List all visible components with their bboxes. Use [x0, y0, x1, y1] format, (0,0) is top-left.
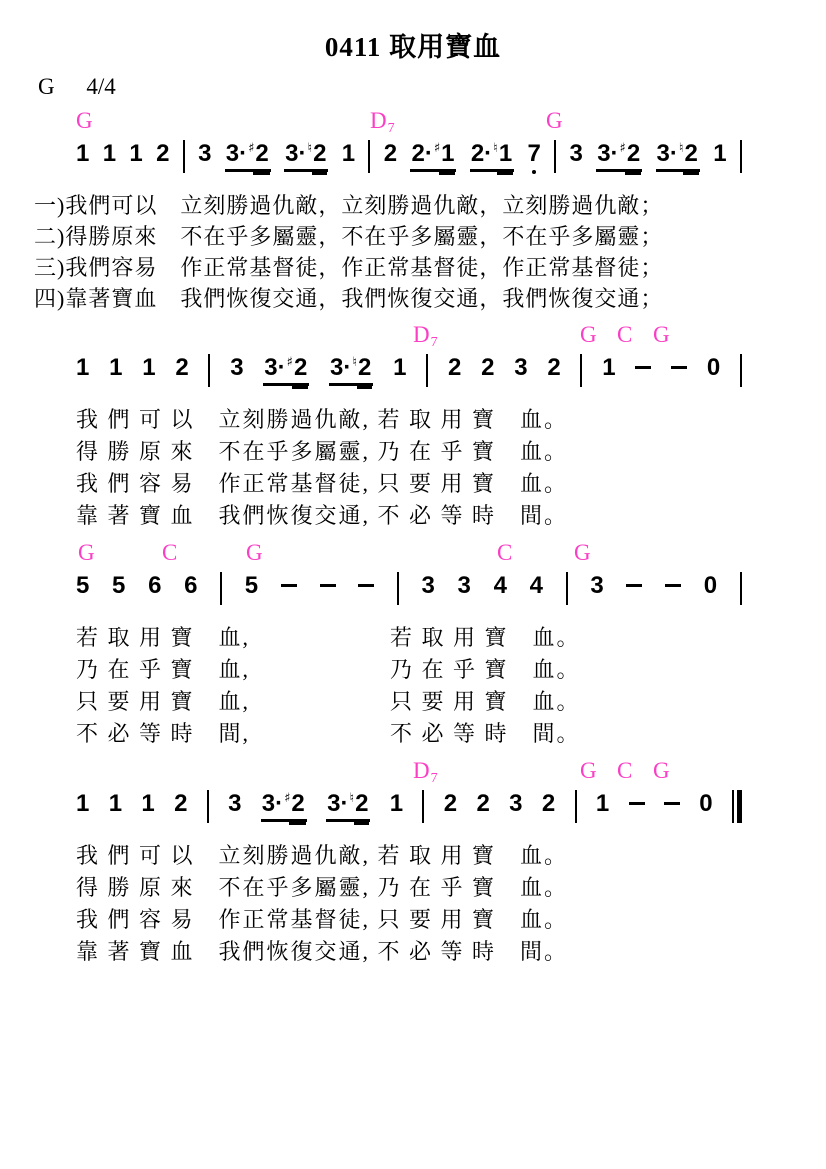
note: 3 — [422, 572, 435, 599]
note: 2 — [547, 354, 560, 381]
sixteenth-note: 2 — [685, 140, 698, 167]
dotted-note: 2· — [411, 140, 432, 167]
sharp-icon: ♯ — [434, 142, 440, 155]
chord-symbol: C — [497, 540, 512, 566]
lyric-line: 只 要 用 寶 血,只 要 用 寶 血。 — [76, 686, 826, 718]
lyric-line: 二)得勝原來 不在乎多屬靈，不在乎多屬靈，不在乎多屬靈； — [34, 221, 826, 252]
note: 2 — [384, 140, 397, 167]
dotted-note: 3· — [264, 354, 285, 381]
lyric-left: 靠 著 寶 血 我們恢復交通, 不 必 等 時 間。 — [76, 939, 568, 964]
chord-symbol: G — [580, 322, 597, 348]
low-octave-note: 7 — [528, 140, 541, 167]
time-signature: 4/4 — [86, 74, 115, 99]
lyric-left: 不 必 等 時 間, — [76, 721, 250, 746]
chord-symbol: C — [617, 758, 632, 784]
duration-dash — [629, 802, 645, 805]
lyric-line: 三)我們容易 作正常基督徒，作正常基督徒，作正常基督徒； — [34, 252, 826, 283]
dotted-note: 3· — [262, 790, 283, 817]
note: 1 — [602, 354, 615, 381]
chord-symbol: D7 — [413, 758, 437, 788]
note: 2 — [174, 790, 187, 817]
lyrics-block: 我 們 可 以 立刻勝過仇敵, 若 取 用 寶 血。得 勝 原 來 不在乎多屬靈… — [0, 840, 826, 968]
natural-icon: ♮ — [679, 142, 684, 155]
duration-dash — [358, 584, 374, 587]
duration-dash — [320, 584, 336, 587]
duration-dash — [665, 584, 681, 587]
barline — [207, 790, 209, 823]
barline — [368, 140, 370, 173]
lyric-left: 一)我們可以 立刻勝過仇敵，立刻勝過仇敵，立刻勝過仇敵； — [34, 193, 663, 218]
chord-row: GD7G — [0, 108, 826, 134]
lyric-right: 只 要 用 寶 血。 — [390, 686, 581, 718]
lyric-left: 我 們 可 以 立刻勝過仇敵, 若 取 用 寶 血。 — [76, 843, 568, 868]
note: 3 — [230, 354, 243, 381]
system-4: D7GCG111233·♯23·♮21223210我 們 可 以 立刻勝過仇敵,… — [0, 758, 826, 968]
chord-seventh: 7 — [388, 121, 395, 136]
notation-row: 111233·♯23·♮21223210 — [76, 790, 742, 834]
lyric-left: 我 們 可 以 立刻勝過仇敵, 若 取 用 寶 血。 — [76, 407, 568, 432]
note: 1 — [109, 354, 122, 381]
chord-row: GCGCG — [0, 540, 826, 566]
note: 1 — [342, 140, 355, 167]
dotted-note: 3· — [285, 140, 306, 167]
lyric-left: 若 取 用 寶 血, — [76, 625, 250, 650]
note: 1 — [596, 790, 609, 817]
note: 3 — [514, 354, 527, 381]
dotted-note: 3· — [597, 140, 618, 167]
lyric-line: 不 必 等 時 間,不 必 等 時 間。 — [76, 718, 826, 750]
barline — [740, 140, 742, 173]
note-group: 3·♯2 — [225, 140, 271, 172]
notation-row: 55665334430 — [76, 572, 742, 616]
chord-row: D7GCG — [0, 758, 826, 784]
lyric-left: 乃 在 乎 寶 血, — [76, 657, 250, 682]
natural-icon: ♮ — [493, 142, 498, 155]
duration-dash — [671, 366, 687, 369]
barline — [183, 140, 185, 173]
rest-note: 0 — [707, 354, 720, 381]
lyric-left: 只 要 用 寶 血, — [76, 689, 250, 714]
sharp-icon: ♯ — [248, 142, 254, 155]
barline — [426, 354, 428, 387]
chord-row: D7GCG — [0, 322, 826, 348]
barline — [740, 354, 742, 387]
note: 1 — [393, 354, 406, 381]
notation-row: 111233·♯23·♮2122·♯12·♮1733·♯23·♮21 — [76, 140, 742, 184]
system-3: GCGCG55665334430若 取 用 寶 血,若 取 用 寶 血。乃 在 … — [0, 540, 826, 750]
lyric-right: 乃 在 乎 寶 血。 — [390, 654, 581, 686]
note: 4 — [530, 572, 543, 599]
duration-dash — [635, 366, 651, 369]
chord-symbol: G — [653, 758, 670, 784]
note: 6 — [184, 572, 197, 599]
note: 2 — [444, 790, 457, 817]
rest-note: 0 — [704, 572, 717, 599]
note: 4 — [494, 572, 507, 599]
barline — [554, 140, 556, 173]
note: 1 — [109, 790, 122, 817]
chord-symbol: G — [78, 540, 95, 566]
lyric-line: 乃 在 乎 寶 血,乃 在 乎 寶 血。 — [76, 654, 826, 686]
chord-symbol: G — [246, 540, 263, 566]
chord-symbol: G — [653, 322, 670, 348]
note-group: 3·♯2 — [263, 354, 309, 386]
sixteenth-note: 2 — [355, 790, 368, 817]
lyric-line: 一)我們可以 立刻勝過仇敵，立刻勝過仇敵，立刻勝過仇敵； — [34, 190, 826, 221]
dotted-note: 3· — [330, 354, 351, 381]
lyric-line: 我 們 可 以 立刻勝過仇敵, 若 取 用 寶 血。 — [76, 404, 826, 436]
barline — [566, 572, 568, 605]
note: 3 — [509, 790, 522, 817]
barline — [740, 572, 742, 605]
notation-row: 111233·♯23·♮21223210 — [76, 354, 742, 398]
note-group: 3·♯2 — [261, 790, 307, 822]
note: 3 — [198, 140, 211, 167]
lyric-line: 若 取 用 寶 血,若 取 用 寶 血。 — [76, 622, 826, 654]
final-barline — [732, 790, 742, 823]
note: 1 — [76, 354, 89, 381]
chord-symbol: G — [574, 540, 591, 566]
duration-dash — [664, 802, 680, 805]
note: 1 — [141, 790, 154, 817]
lyric-left: 我 們 容 易 作正常基督徒, 只 要 用 寶 血。 — [76, 907, 568, 932]
note: 5 — [245, 572, 258, 599]
note: 2 — [175, 354, 188, 381]
sixteenth-note: 2 — [291, 790, 304, 817]
sharp-icon: ♯ — [284, 792, 290, 805]
chord-seventh: 7 — [431, 335, 438, 350]
natural-icon: ♮ — [307, 142, 312, 155]
key-signature-row: G 4/4 — [38, 74, 826, 100]
barline — [208, 354, 210, 387]
note: 1 — [390, 790, 403, 817]
lyric-left: 得 勝 原 來 不在乎多屬靈, 乃 在 乎 寶 血。 — [76, 875, 568, 900]
chord-symbol: D7 — [413, 322, 437, 352]
note: 2 — [542, 790, 555, 817]
sharp-icon: ♯ — [620, 142, 626, 155]
note: 1 — [103, 140, 116, 167]
chord-symbol: G — [76, 108, 93, 134]
note: 3 — [458, 572, 471, 599]
note-group: 3·♯2 — [596, 140, 642, 172]
dotted-note: 3· — [226, 140, 247, 167]
lyric-line: 我 們 容 易 作正常基督徒, 只 要 用 寶 血。 — [76, 904, 826, 936]
note: 2 — [156, 140, 169, 167]
dotted-note: 3· — [657, 140, 678, 167]
barline — [397, 572, 399, 605]
lyric-left: 二)得勝原來 不在乎多屬靈，不在乎多屬靈，不在乎多屬靈； — [34, 224, 663, 249]
sixteenth-note: 2 — [255, 140, 268, 167]
note: 6 — [148, 572, 161, 599]
rest-note: 0 — [699, 790, 712, 817]
note: 3 — [228, 790, 241, 817]
dotted-note: 2· — [471, 140, 492, 167]
duration-dash — [626, 584, 642, 587]
note: 2 — [481, 354, 494, 381]
note: 1 — [76, 140, 89, 167]
note: 2 — [476, 790, 489, 817]
barline — [580, 354, 582, 387]
barline — [422, 790, 424, 823]
lyric-left: 靠 著 寶 血 我們恢復交通, 不 必 等 時 間。 — [76, 503, 568, 528]
note-group: 3·♮2 — [329, 354, 373, 386]
chord-symbol: G — [580, 758, 597, 784]
lyric-left: 三)我們容易 作正常基督徒，作正常基督徒，作正常基督徒； — [34, 255, 663, 280]
barline — [575, 790, 577, 823]
sixteenth-note: 2 — [294, 354, 307, 381]
key-signature: G — [38, 74, 55, 99]
lyrics-block: 一)我們可以 立刻勝過仇敵，立刻勝過仇敵，立刻勝過仇敵；二)得勝原來 不在乎多屬… — [0, 190, 826, 314]
chord-symbol: G — [546, 108, 563, 134]
note: 3 — [590, 572, 603, 599]
lyrics-block: 我 們 可 以 立刻勝過仇敵, 若 取 用 寶 血。得 勝 原 來 不在乎多屬靈… — [0, 404, 826, 532]
lyric-line: 我 們 可 以 立刻勝過仇敵, 若 取 用 寶 血。 — [76, 840, 826, 872]
lyric-line: 靠 著 寶 血 我們恢復交通, 不 必 等 時 間。 — [76, 500, 826, 532]
sixteenth-note: 2 — [358, 354, 371, 381]
system-1: GD7G111233·♯23·♮2122·♯12·♮1733·♯23·♮21一)… — [0, 108, 826, 314]
sixteenth-note: 1 — [441, 140, 454, 167]
note: 5 — [112, 572, 125, 599]
lyric-left: 四)靠著寶血 我們恢復交通，我們恢復交通，我們恢復交通； — [34, 286, 663, 311]
dotted-note: 3· — [327, 790, 348, 817]
lyric-line: 四)靠著寶血 我們恢復交通，我們恢復交通，我們恢復交通； — [34, 283, 826, 314]
note: 3 — [570, 140, 583, 167]
song-sheet: 0411 取用寶血 G 4/4 GD7G111233·♯23·♮2122·♯12… — [0, 0, 826, 1169]
note-group: 2·♯1 — [410, 140, 456, 172]
natural-icon: ♮ — [352, 356, 357, 369]
barline-thin — [732, 790, 734, 823]
chord-symbol: C — [617, 322, 632, 348]
lyric-right: 不 必 等 時 間。 — [390, 718, 581, 750]
barline — [220, 572, 222, 605]
note-group: 3·♮2 — [656, 140, 700, 172]
page-title: 0411 取用寶血 — [0, 0, 826, 62]
note: 1 — [129, 140, 142, 167]
lyrics-block: 若 取 用 寶 血,若 取 用 寶 血。乃 在 乎 寶 血,乃 在 乎 寶 血。… — [0, 622, 826, 750]
note: 2 — [448, 354, 461, 381]
lyric-line: 我 們 容 易 作正常基督徒, 只 要 用 寶 血。 — [76, 468, 826, 500]
chord-symbol: C — [162, 540, 177, 566]
lyric-line: 靠 著 寶 血 我們恢復交通, 不 必 等 時 間。 — [76, 936, 826, 968]
note-group: 3·♮2 — [326, 790, 370, 822]
system-2: D7GCG111233·♯23·♮21223210我 們 可 以 立刻勝過仇敵,… — [0, 322, 826, 532]
barline-thick — [737, 790, 742, 823]
lyric-line: 得 勝 原 來 不在乎多屬靈, 乃 在 乎 寶 血。 — [76, 872, 826, 904]
note: 5 — [76, 572, 89, 599]
note: 1 — [713, 140, 726, 167]
sixteenth-note: 2 — [627, 140, 640, 167]
sixteenth-note: 2 — [313, 140, 326, 167]
lyric-left: 得 勝 原 來 不在乎多屬靈, 乃 在 乎 寶 血。 — [76, 439, 568, 464]
note: 1 — [142, 354, 155, 381]
lyric-left: 我 們 容 易 作正常基督徒, 只 要 用 寶 血。 — [76, 471, 568, 496]
chord-seventh: 7 — [431, 771, 438, 786]
chord-symbol: D7 — [370, 108, 394, 138]
sixteenth-note: 1 — [499, 140, 512, 167]
lyric-right: 若 取 用 寶 血。 — [390, 622, 581, 654]
note-group: 3·♮2 — [284, 140, 328, 172]
note-group: 2·♮1 — [470, 140, 514, 172]
duration-dash — [281, 584, 297, 587]
music-systems: GD7G111233·♯23·♮2122·♯12·♮1733·♯23·♮21一)… — [0, 108, 826, 968]
note: 1 — [76, 790, 89, 817]
natural-icon: ♮ — [349, 792, 354, 805]
sharp-icon: ♯ — [287, 356, 293, 369]
lyric-line: 得 勝 原 來 不在乎多屬靈, 乃 在 乎 寶 血。 — [76, 436, 826, 468]
